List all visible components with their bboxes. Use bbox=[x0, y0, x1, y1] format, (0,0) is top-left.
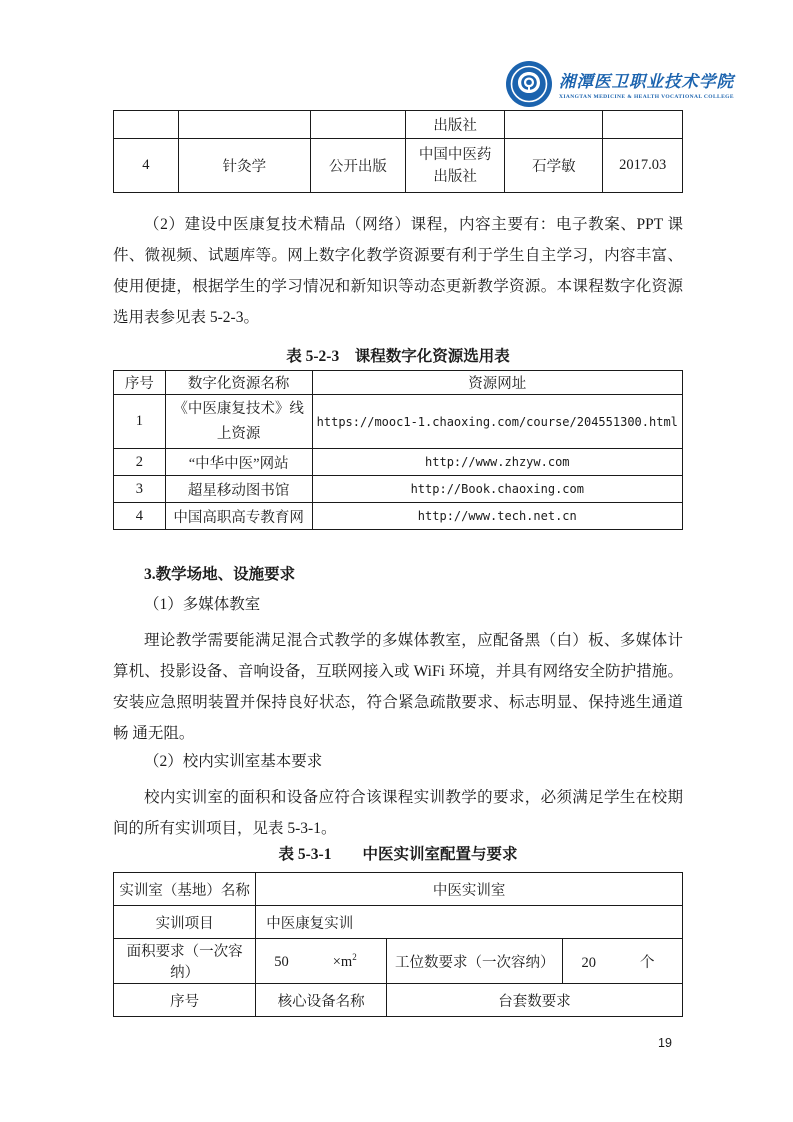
table-523-title: 表 5-2-3 课程数字化资源选用表 bbox=[113, 345, 683, 369]
stations-unit: 个 bbox=[640, 955, 655, 971]
cell: 《中医康复技术》线上资源 bbox=[165, 395, 312, 449]
paragraph-digital-course: （2）建设中医康复技术精品（网络）课程，内容主要有：电子教案、PPT 课件、微视… bbox=[113, 209, 683, 333]
digital-resources-table: 序号 数字化资源名称 资源网址 1 《中医康复技术》线上资源 https://m… bbox=[113, 370, 683, 530]
header-cell: 数字化资源名称 bbox=[165, 371, 312, 395]
area-unit-exponent: 2 bbox=[352, 952, 357, 962]
cell: 超星移动图书馆 bbox=[165, 476, 312, 503]
equipment-name-header: 核心设备名称 bbox=[256, 984, 387, 1017]
table-row: 4 中国高职高专教育网 http://www.tech.net.cn bbox=[114, 503, 683, 530]
resource-url: http://www.zhzyw.com bbox=[312, 449, 682, 476]
area-label: 面积要求（一次容纳） bbox=[114, 939, 256, 984]
cell bbox=[505, 111, 603, 139]
cell bbox=[114, 111, 179, 139]
cell: 石学敏 bbox=[505, 139, 603, 193]
serial-header: 序号 bbox=[114, 984, 256, 1017]
training-room-table: 实训室（基地）名称 中医实训室 实训项目 中医康复实训 面积要求（一次容纳） 5… bbox=[113, 872, 683, 1017]
section-3-heading: 3.教学场地、设施要求 bbox=[113, 560, 683, 590]
college-name: 湘潭医卫职业技术学院 XIANGTAN MEDICINE & HEALTH VO… bbox=[559, 68, 734, 100]
cell bbox=[178, 111, 310, 139]
cell: 2 bbox=[114, 449, 166, 476]
area-value-cell: 50×m2 bbox=[256, 939, 387, 984]
cell: 针灸学 bbox=[178, 139, 310, 193]
subsection-1-heading: （1）多媒体教室 bbox=[113, 590, 683, 620]
cell: 公开出版 bbox=[310, 139, 405, 193]
table-row: 4 针灸学 公开出版 中国中医药 出版社 石学敏 2017.03 bbox=[114, 139, 683, 193]
multimedia-classroom-paragraph: 理论教学需要能满足混合式教学的多媒体教室，应配备黑（白）板、多媒体计算机、投影设… bbox=[113, 625, 683, 749]
room-name-value: 中医实训室 bbox=[256, 873, 683, 906]
table-row: 3 超星移动图书馆 http://Book.chaoxing.com bbox=[114, 476, 683, 503]
cell: 1 bbox=[114, 395, 166, 449]
table-row: 序号 核心设备名称 台套数要求 bbox=[114, 984, 683, 1017]
cell: 4 bbox=[114, 139, 179, 193]
resource-url: http://Book.chaoxing.com bbox=[312, 476, 682, 503]
table-row: 1 《中医康复技术》线上资源 https://mooc1-1.chaoxing.… bbox=[114, 395, 683, 449]
quantity-header: 台套数要求 bbox=[387, 984, 683, 1017]
table-row: 2 “中华中医”网站 http://www.zhzyw.com bbox=[114, 449, 683, 476]
header-cell: 资源网址 bbox=[312, 371, 682, 395]
cell: 2017.03 bbox=[603, 139, 683, 193]
college-emblem-icon bbox=[505, 60, 553, 108]
area-unit: ×m bbox=[333, 953, 352, 969]
table-531-title: 表 5-3-1 中医实训室配置与要求 bbox=[113, 843, 683, 867]
table-row: 实训室（基地）名称 中医实训室 bbox=[114, 873, 683, 906]
college-name-en: XIANGTAN MEDICINE & HEALTH VOCATIONAL CO… bbox=[559, 94, 734, 100]
subsection-2-heading: （2）校内实训室基本要求 bbox=[113, 747, 683, 777]
cell: 4 bbox=[114, 503, 166, 530]
table-row: 实训项目 中医康复实训 bbox=[114, 906, 683, 939]
cell: 中国中医药 出版社 bbox=[405, 139, 505, 193]
training-project-value: 中医康复实训 bbox=[256, 906, 683, 939]
cell: 3 bbox=[114, 476, 166, 503]
cell: 中国高职高专教育网 bbox=[165, 503, 312, 530]
cell: 出版社 bbox=[405, 111, 505, 139]
college-logo: 湘潭医卫职业技术学院 XIANGTAN MEDICINE & HEALTH VO… bbox=[505, 58, 700, 110]
document-page: 湘潭医卫职业技术学院 XIANGTAN MEDICINE & HEALTH VO… bbox=[0, 0, 793, 1122]
stations-value: 20 bbox=[581, 955, 596, 971]
college-name-cn: 湘潭医卫职业技术学院 bbox=[559, 68, 734, 92]
area-value: 50 bbox=[274, 953, 289, 969]
textbook-table-continued: 出版社 4 针灸学 公开出版 中国中医药 出版社 石学敏 2017.03 bbox=[113, 110, 683, 193]
table-row: 出版社 bbox=[114, 111, 683, 139]
training-room-paragraph: 校内实训室的面积和设备应符合该课程实训教学的要求，必须满足学生在校期间的所有实训… bbox=[113, 782, 683, 844]
stations-label: 工位数要求（一次容纳） bbox=[387, 939, 563, 984]
stations-value-cell: 20个 bbox=[563, 939, 683, 984]
header-cell: 序号 bbox=[114, 371, 166, 395]
page-number: 19 bbox=[658, 1036, 672, 1050]
resource-url: https://mooc1-1.chaoxing.com/course/2045… bbox=[312, 395, 682, 449]
resource-url: http://www.tech.net.cn bbox=[312, 503, 682, 530]
cell bbox=[603, 111, 683, 139]
training-project-label: 实训项目 bbox=[114, 906, 256, 939]
table-header-row: 序号 数字化资源名称 资源网址 bbox=[114, 371, 683, 395]
table-row: 面积要求（一次容纳） 50×m2 工位数要求（一次容纳） 20个 bbox=[114, 939, 683, 984]
cell: “中华中医”网站 bbox=[165, 449, 312, 476]
room-name-label: 实训室（基地）名称 bbox=[114, 873, 256, 906]
cell bbox=[310, 111, 405, 139]
